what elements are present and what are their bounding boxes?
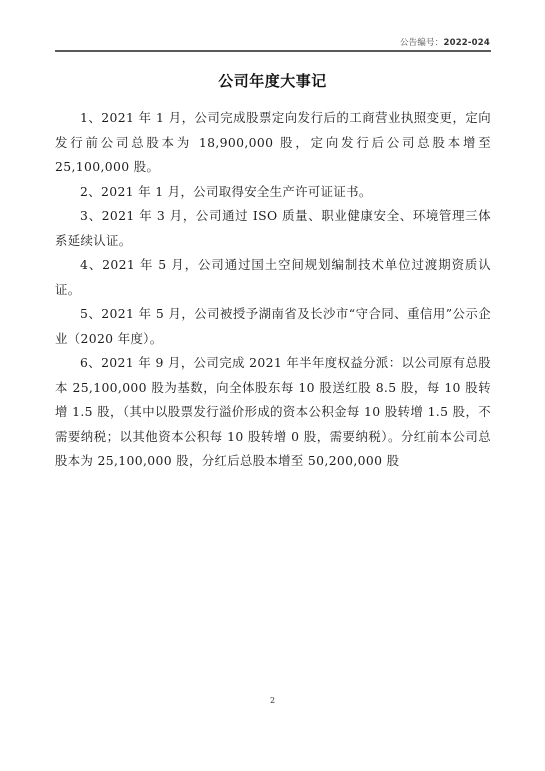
event-paragraph-6: 6、2021 年 9 月，公司完成 2021 年半年度权益分派：以公司原有总股本… <box>55 351 491 474</box>
page-number: 2 <box>0 696 545 705</box>
event-paragraph-4: 4、2021 年 5 月，公司通过国土空间规划编制技术单位过渡期资质认证。 <box>55 253 491 302</box>
document-body: 1、2021 年 1 月，公司完成股票定向发行后的工商营业执照变更，定向发行前公… <box>55 106 491 474</box>
page-title: 公司年度大事记 <box>0 70 545 91</box>
event-paragraph-1: 1、2021 年 1 月，公司完成股票定向发行后的工商营业执照变更，定向发行前公… <box>55 106 491 180</box>
event-paragraph-5: 5、2021 年 5 月，公司被授予湖南省及长沙市“守合同、重信用”公示企业（2… <box>55 302 491 351</box>
event-paragraph-3: 3、2021 年 3 月，公司通过 ISO 质量、职业健康安全、环境管理三体系延… <box>55 204 491 253</box>
header-divider <box>55 50 491 52</box>
announcement-number-value: 2022-024 <box>443 38 490 48</box>
announcement-number-label: 公告编号： <box>400 38 444 48</box>
announcement-number: 公告编号：2022-024 <box>400 36 490 48</box>
document-page: 公告编号：2022-024 公司年度大事记 1、2021 年 1 月，公司完成股… <box>0 0 545 771</box>
event-paragraph-2: 2、2021 年 1 月，公司取得安全生产许可证证书。 <box>55 180 491 205</box>
